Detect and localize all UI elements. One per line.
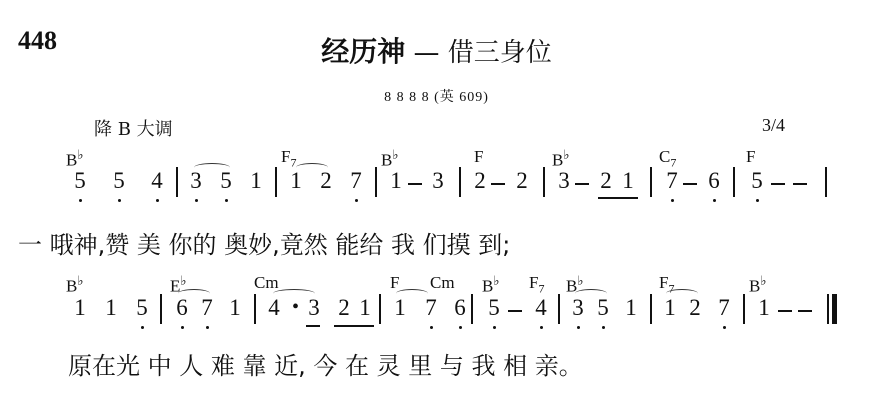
sustain-dash bbox=[798, 310, 812, 312]
barline bbox=[275, 167, 277, 197]
barline bbox=[558, 294, 560, 324]
chord-symbol: B♭ bbox=[749, 273, 766, 297]
chord-symbol: F7 bbox=[281, 147, 296, 170]
lower-octave-dot bbox=[195, 199, 198, 202]
note: 4 bbox=[533, 295, 549, 321]
barline bbox=[379, 294, 381, 324]
lower-octave-dot bbox=[756, 199, 759, 202]
note: 1 bbox=[103, 295, 119, 321]
note: 2 bbox=[598, 168, 614, 194]
sustain-dash bbox=[408, 183, 422, 185]
barline bbox=[825, 167, 827, 197]
note: 5 bbox=[749, 168, 765, 194]
note: 1 bbox=[620, 168, 636, 194]
note: 7 bbox=[348, 168, 364, 194]
chord-symbol: Cm bbox=[430, 273, 455, 293]
note: 6 bbox=[174, 295, 190, 321]
note: 4 bbox=[266, 295, 282, 321]
lower-octave-dot bbox=[355, 199, 358, 202]
note: 1 bbox=[357, 295, 373, 321]
chord-symbol: F bbox=[474, 147, 483, 167]
note: 5 bbox=[595, 295, 611, 321]
note: 5 bbox=[72, 168, 88, 194]
chord-symbol: Cm bbox=[254, 273, 279, 293]
slur bbox=[666, 289, 698, 298]
note: 6 bbox=[706, 168, 722, 194]
lower-octave-dot bbox=[430, 326, 433, 329]
note: 2 bbox=[472, 168, 488, 194]
lower-octave-dot bbox=[723, 326, 726, 329]
slur bbox=[194, 163, 230, 172]
note: 4 bbox=[149, 168, 165, 194]
sustain-dash bbox=[508, 310, 522, 312]
note: 1 bbox=[227, 295, 243, 321]
barline bbox=[459, 167, 461, 197]
lower-octave-dot bbox=[493, 326, 496, 329]
barline bbox=[733, 167, 735, 197]
title-main: 经历神 bbox=[321, 35, 405, 68]
note: 3 bbox=[556, 168, 572, 194]
note: 7 bbox=[423, 295, 439, 321]
slur bbox=[178, 289, 210, 298]
note: 3 bbox=[430, 168, 446, 194]
note: 1 bbox=[388, 168, 404, 194]
lower-octave-dot bbox=[602, 326, 605, 329]
sustain-dash bbox=[683, 183, 697, 185]
title-separator: — bbox=[405, 38, 448, 68]
lower-octave-dot bbox=[577, 326, 580, 329]
lower-octave-dot bbox=[540, 326, 543, 329]
lower-octave-dot bbox=[141, 326, 144, 329]
note: 3 bbox=[570, 295, 586, 321]
lower-octave-dot bbox=[713, 199, 716, 202]
barline bbox=[650, 294, 652, 324]
sustain-dash bbox=[575, 183, 589, 185]
note: 7 bbox=[716, 295, 732, 321]
lower-octave-dot bbox=[459, 326, 462, 329]
barline bbox=[160, 294, 162, 324]
note: 2 bbox=[687, 295, 703, 321]
note: 1 bbox=[662, 295, 678, 321]
slur bbox=[273, 289, 315, 298]
slur bbox=[296, 163, 328, 172]
eighth-beam bbox=[334, 325, 374, 327]
line2-lyrics: 原在光 中 人 难 靠 近, 今 在 灵 里 与 我 相 亲。 bbox=[68, 346, 583, 381]
slur bbox=[575, 289, 607, 298]
title-sub: 借三身位 bbox=[448, 38, 552, 68]
sustain-dash bbox=[778, 310, 792, 312]
barline bbox=[375, 167, 377, 197]
note: 7 bbox=[664, 168, 680, 194]
note: 7 bbox=[199, 295, 215, 321]
lower-octave-dot bbox=[156, 199, 159, 202]
key-signature: 降 B 大调 bbox=[94, 115, 173, 141]
note: 1 bbox=[623, 295, 639, 321]
meter-info: 8 8 8 8 (英 609) bbox=[0, 86, 873, 106]
lower-octave-dot bbox=[225, 199, 228, 202]
barline bbox=[543, 167, 545, 197]
note: 1 bbox=[248, 168, 264, 194]
augmentation-dot: • bbox=[292, 296, 299, 319]
eighth-beam bbox=[598, 197, 638, 199]
lower-octave-dot bbox=[181, 326, 184, 329]
time-signature: 3/4 bbox=[762, 115, 785, 136]
note: 1 bbox=[72, 295, 88, 321]
lower-octave-dot bbox=[206, 326, 209, 329]
sustain-dash bbox=[771, 183, 785, 185]
note: 6 bbox=[452, 295, 468, 321]
slur bbox=[396, 289, 428, 298]
barline bbox=[254, 294, 256, 324]
eighth-beam bbox=[306, 325, 320, 327]
sustain-dash bbox=[793, 183, 807, 185]
barline bbox=[176, 167, 178, 197]
barline bbox=[743, 294, 745, 324]
chord-symbol: C7 bbox=[659, 147, 676, 170]
barline bbox=[650, 167, 652, 197]
chord-symbol: B♭ bbox=[482, 273, 499, 297]
note: 3 bbox=[306, 295, 322, 321]
line1-lyrics: 一 哦神,赞 美 你的 奥妙,竟然 能给 我 们摸 到; bbox=[18, 225, 510, 260]
sustain-dash bbox=[491, 183, 505, 185]
note: 5 bbox=[134, 295, 150, 321]
note: 2 bbox=[336, 295, 352, 321]
note: 2 bbox=[514, 168, 530, 194]
lower-octave-dot bbox=[671, 199, 674, 202]
barline bbox=[827, 294, 829, 324]
chord-symbol: F bbox=[746, 147, 755, 167]
note: 5 bbox=[486, 295, 502, 321]
note: 1 bbox=[756, 295, 772, 321]
note: 1 bbox=[392, 295, 408, 321]
chord-symbol: F7 bbox=[529, 273, 544, 296]
hymn-title: 经历神 — 借三身位 bbox=[0, 30, 873, 70]
final-barline bbox=[832, 294, 837, 324]
barline bbox=[471, 294, 473, 324]
note: 5 bbox=[111, 168, 127, 194]
chord-symbol: B♭ bbox=[66, 273, 83, 297]
lower-octave-dot bbox=[118, 199, 121, 202]
lower-octave-dot bbox=[79, 199, 82, 202]
